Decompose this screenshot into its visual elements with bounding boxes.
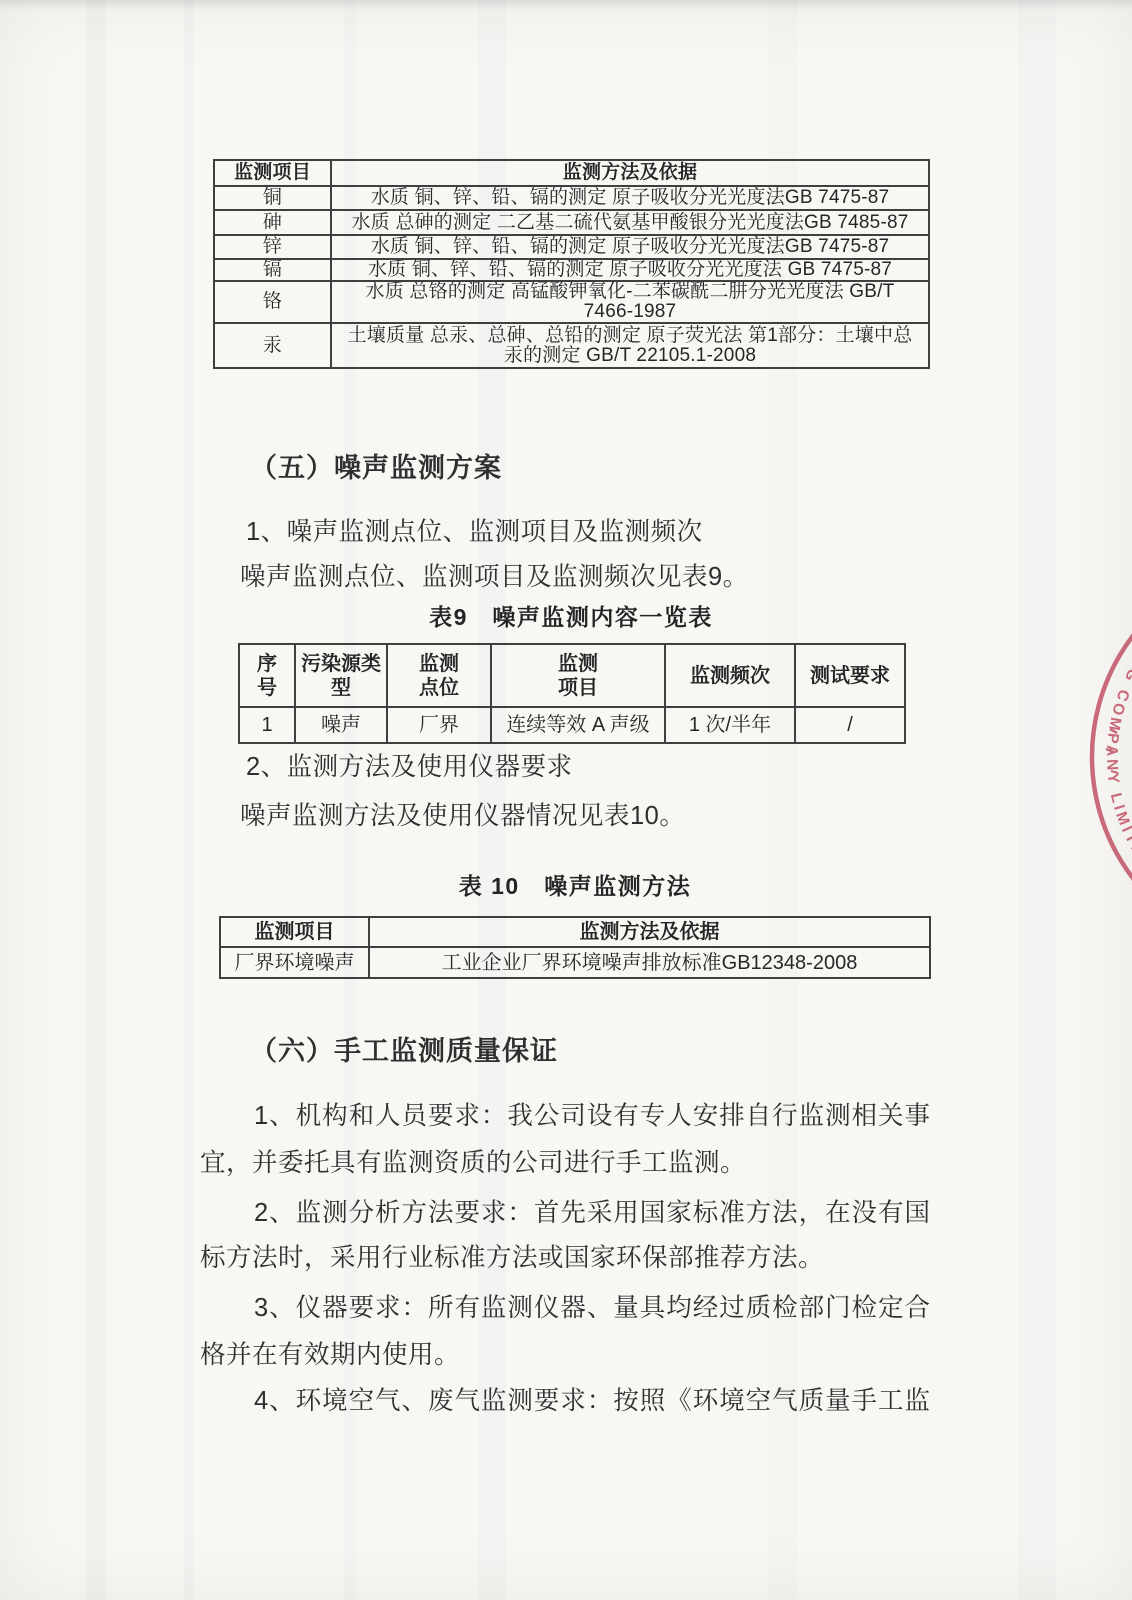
method-cell: 水质 铜、锌、铅、镉的测定 原子吸收分光光度法 GB 7475-87 <box>331 259 929 281</box>
noise-content-table: 序 号 污染源类 型 监测 点位 监测 项目 监测频次 测试要求 1 噪声 厂界… <box>238 643 906 744</box>
para1-line2: 宜，并委托具有监测资质的公司进行手工监测。 <box>200 1143 746 1179</box>
item-cell: 镉 <box>214 259 331 281</box>
item-cell: 厂界环境噪声 <box>220 947 369 978</box>
seal-arc-text: NG COMPANY LIMITED <box>1103 653 1132 873</box>
scan-top-shadow <box>0 0 1132 10</box>
method-cell: 工业企业厂界环境噪声排放标准GB12348-2008 <box>369 947 930 978</box>
section-five-line4: 噪声监测方法及使用仪器情况见表10。 <box>240 796 685 832</box>
item-cell: 砷 <box>214 210 331 235</box>
section-six-heading: （六）手工监测质量保证 <box>250 1029 558 1068</box>
frequency-cell: 1 次/半年 <box>665 707 795 743</box>
header-monitor-item: 监测 项目 <box>491 644 665 707</box>
svg-text:NG COMPANY LIMITED: NG COMPANY LIMITED <box>1103 653 1132 873</box>
source-type-cell: 噪声 <box>295 707 387 743</box>
scan-streak <box>86 0 106 1600</box>
header-seq-no: 序 号 <box>239 644 295 707</box>
red-seal-stamp-icon: NG COMPANY LIMITED <box>1084 617 1132 897</box>
header-monitor-item: 监测项目 <box>220 917 369 947</box>
method-cell: 水质 铜、锌、铅、镉的测定 原子吸收分光光度法GB 7475-87 <box>331 186 929 210</box>
para2-line1: 2、监测分析方法要求：首先采用国家标准方法，在没有国 <box>254 1193 930 1229</box>
table-header-row: 序 号 污染源类 型 监测 点位 监测 项目 监测频次 测试要求 <box>239 644 905 707</box>
item-cell: 铜 <box>214 186 331 210</box>
table-header-row: 监测项目 监测方法及依据 <box>214 160 929 186</box>
table-row: 锌 水质 铜、锌、铅、镉的测定 原子吸收分光光度法GB 7475-87 <box>214 235 929 259</box>
header-test-requirement: 测试要求 <box>795 644 905 707</box>
table10-caption: 表 10 噪声监测方法 <box>219 868 931 901</box>
method-cell: 水质 总砷的测定 二乙基二硫代氨基甲酸银分光光度法GB 7485-87 <box>331 210 929 235</box>
table-row: 铜 水质 铜、锌、铅、镉的测定 原子吸收分光光度法GB 7475-87 <box>214 186 929 210</box>
table-row: 砷 水质 总砷的测定 二乙基二硫代氨基甲酸银分光光度法GB 7485-87 <box>214 210 929 235</box>
table-row: 汞 土壤质量 总汞、总砷、总铅的测定 原子荧光法 第1部分：土壤中总 汞的测定 … <box>214 323 929 368</box>
noise-method-table: 监测项目 监测方法及依据 厂界环境噪声 工业企业厂界环境噪声排放标准GB1234… <box>219 916 931 979</box>
para1-line1: 1、机构和人员要求：我公司设有专人安排自行监测相关事 <box>254 1096 930 1132</box>
table9-caption: 表9 噪声监测内容一览表 <box>238 599 904 632</box>
header-monitor-frequency: 监测频次 <box>665 644 795 707</box>
header-monitor-item: 监测项目 <box>214 160 331 186</box>
para3-line2: 格并在有效期内使用。 <box>200 1335 460 1371</box>
header-method-basis: 监测方法及依据 <box>369 917 930 947</box>
table-row: 1 噪声 厂界 连续等效 A 声级 1 次/半年 / <box>239 707 905 743</box>
header-pollution-source-type: 污染源类 型 <box>295 644 387 707</box>
seq-cell: 1 <box>239 707 295 743</box>
item-cell: 铬 <box>214 281 331 323</box>
method-cell: 土壤质量 总汞、总砷、总铅的测定 原子荧光法 第1部分：土壤中总 汞的测定 GB… <box>331 323 929 368</box>
section-five-line2: 噪声监测点位、监测项目及监测频次见表9。 <box>240 557 749 593</box>
scan-streak <box>1018 0 1056 1600</box>
table-row: 铬 水质 总铬的测定 高锰酸钾氧化-二苯碳酰二肼分光光度法 GB/T 7466-… <box>214 281 929 323</box>
table-header-row: 监测项目 监测方法及依据 <box>220 917 930 947</box>
table-row: 镉 水质 铜、锌、铅、镉的测定 原子吸收分光光度法 GB 7475-87 <box>214 259 929 281</box>
requirement-cell: / <box>795 707 905 743</box>
scan-streak <box>184 0 193 1600</box>
item-cell: 连续等效 A 声级 <box>491 707 665 743</box>
para4-line1: 4、环境空气、废气监测要求：按照《环境空气质量手工监 <box>254 1381 930 1417</box>
header-method-basis: 监测方法及依据 <box>331 160 929 186</box>
table-row: 厂界环境噪声 工业企业厂界环境噪声排放标准GB12348-2008 <box>220 947 930 978</box>
document-page: 监测项目 监测方法及依据 铜 水质 铜、锌、铅、镉的测定 原子吸收分光光度法GB… <box>0 0 1132 1600</box>
point-cell: 厂界 <box>387 707 491 743</box>
item-cell: 汞 <box>214 323 331 368</box>
section-five-line3: 2、监测方法及使用仪器要求 <box>246 747 573 783</box>
method-cell: 水质 总铬的测定 高锰酸钾氧化-二苯碳酰二肼分光光度法 GB/T 7466-19… <box>331 281 929 323</box>
section-five-heading: （五）噪声监测方案 <box>250 446 502 485</box>
item-cell: 锌 <box>214 235 331 259</box>
section-five-line1: 1、噪声监测点位、监测项目及监测频次 <box>246 512 703 548</box>
para3-line1: 3、仪器要求：所有监测仪器、量具均经过质检部门检定合 <box>254 1288 930 1324</box>
header-monitor-point: 监测 点位 <box>387 644 491 707</box>
para2-line2: 标方法时，采用行业标准方法或国家环保部推荐方法。 <box>200 1238 824 1274</box>
method-cell: 水质 铜、锌、铅、镉的测定 原子吸收分光光度法GB 7475-87 <box>331 235 929 259</box>
metal-methods-table: 监测项目 监测方法及依据 铜 水质 铜、锌、铅、镉的测定 原子吸收分光光度法GB… <box>213 159 930 369</box>
